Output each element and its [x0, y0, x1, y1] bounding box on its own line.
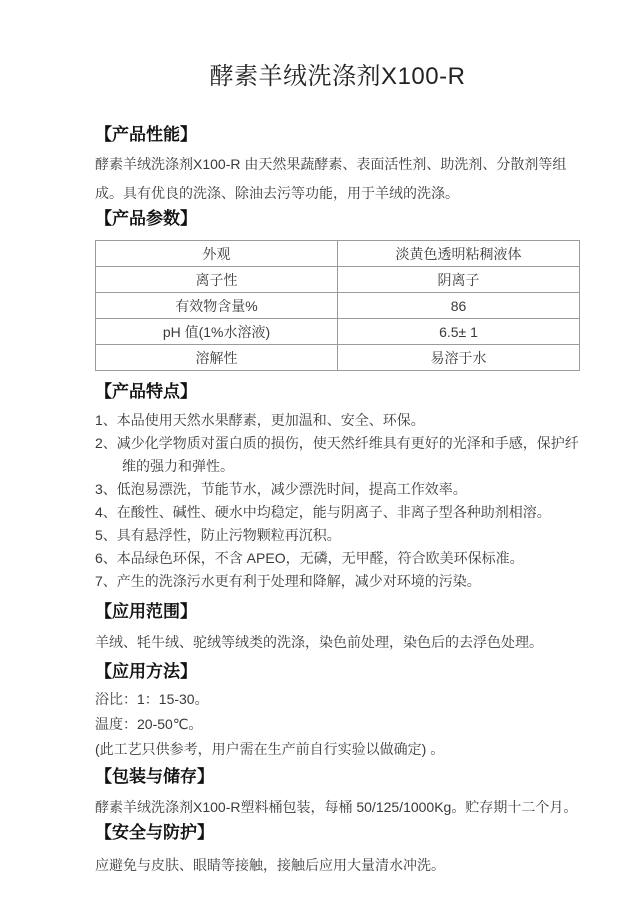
performance-body: 酵素羊绒洗涤剂X100-R 由天然果蔬酵素、表面活性剂、助洗剂、分散剂等组成。具…	[95, 150, 580, 208]
list-item: 2、减少化学物质对蛋白质的损伤，使天然纤维具有更好的光泽和手感，保护纤维的强力和…	[95, 432, 580, 478]
application-method-lines: 浴比：1：15-30。 温度：20-50℃。 (此工艺只供参考，用户需在生产前自…	[95, 687, 580, 762]
param-label-cell: 外观	[96, 241, 338, 267]
section-safety-protection: 【安全与防护】 应避免与皮肤、眼睛等接触，接触后应用大量清水冲洗。	[95, 822, 580, 878]
parameters-table: 外观 淡黄色透明粘稠液体 离子性 阴离子 有效物含量% 86 pH 值(1%水溶…	[95, 240, 580, 371]
application-range-body: 羊绒、牦牛绒、驼绒等绒类的洗涤，染色前处理，染色后的去浮色处理。	[95, 629, 580, 655]
section-features: 【产品特点】 1、本品使用天然水果酵素，更加温和、安全、环保。 2、减少化学物质…	[95, 381, 580, 593]
param-value-cell: 淡黄色透明粘稠液体	[338, 241, 580, 267]
section-application-method: 【应用方法】 浴比：1：15-30。 温度：20-50℃。 (此工艺只供参考，用…	[95, 661, 580, 762]
document-content: 酵素羊绒洗涤剂X100-R 【产品性能】 酵素羊绒洗涤剂X100-R 由天然果蔬…	[0, 0, 640, 878]
section-application-range: 【应用范围】 羊绒、牦牛绒、驼绒等绒类的洗涤，染色前处理，染色后的去浮色处理。	[95, 601, 580, 655]
safety-body: 应避免与皮肤、眼睛等接触，接触后应用大量清水冲洗。	[95, 852, 580, 878]
application-method-heading: 【应用方法】	[95, 661, 580, 683]
section-parameters: 【产品参数】 外观 淡黄色透明粘稠液体 离子性 阴离子 有效物含量% 86	[95, 208, 580, 371]
section-performance: 【产品性能】 酵素羊绒洗涤剂X100-R 由天然果蔬酵素、表面活性剂、助洗剂、分…	[95, 124, 580, 208]
param-value-cell: 6.5± 1	[338, 319, 580, 345]
list-item: 5、具有悬浮性，防止污物颗粒再沉积。	[95, 524, 580, 547]
list-item: 4、在酸性、碱性、硬水中均稳定，能与阴离子、非离子型各种助剂相溶。	[95, 501, 580, 524]
param-value-cell: 86	[338, 293, 580, 319]
method-line-note: (此工艺只供参考，用户需在生产前自行实验以做确定) 。	[95, 737, 580, 762]
packaging-body: 酵素羊绒洗涤剂X100-R塑料桶包装，每桶 50/125/1000Kg。贮存期十…	[95, 794, 580, 820]
list-item: 7、产生的洗涤污水更有利于处理和降解，减少对环境的污染。	[95, 570, 580, 593]
features-heading: 【产品特点】	[95, 381, 580, 403]
param-value-cell: 阴离子	[338, 267, 580, 293]
document-page: 酵素羊绒洗涤剂X100-R 【产品性能】 酵素羊绒洗涤剂X100-R 由天然果蔬…	[0, 0, 640, 905]
param-value-cell: 易溶于水	[338, 345, 580, 371]
table-row: pH 值(1%水溶液) 6.5± 1	[96, 319, 580, 345]
list-item: 1、本品使用天然水果酵素，更加温和、安全、环保。	[95, 409, 580, 432]
table-row: 离子性 阴离子	[96, 267, 580, 293]
page-title: 酵素羊绒洗涤剂X100-R	[95, 60, 580, 94]
safety-heading: 【安全与防护】	[95, 822, 580, 844]
performance-heading: 【产品性能】	[95, 124, 580, 146]
table-row: 溶解性 易溶于水	[96, 345, 580, 371]
param-label-cell: 离子性	[96, 267, 338, 293]
section-packaging-storage: 【包装与储存】 酵素羊绒洗涤剂X100-R塑料桶包装，每桶 50/125/100…	[95, 766, 580, 820]
param-label-cell: 溶解性	[96, 345, 338, 371]
param-label-cell: pH 值(1%水溶液)	[96, 319, 338, 345]
param-label-cell: 有效物含量%	[96, 293, 338, 319]
packaging-heading: 【包装与储存】	[95, 766, 580, 788]
method-line-temperature: 温度：20-50℃。	[95, 712, 580, 737]
table-row: 有效物含量% 86	[96, 293, 580, 319]
parameters-heading: 【产品参数】	[95, 208, 580, 230]
list-item: 3、低泡易漂洗，节能节水，减少漂洗时间，提高工作效率。	[95, 478, 580, 501]
method-line-bath-ratio: 浴比：1：15-30。	[95, 687, 580, 712]
list-item: 6、本品绿色环保，不含 APEO，无磷，无甲醛，符合欧美环保标准。	[95, 547, 580, 570]
features-list: 1、本品使用天然水果酵素，更加温和、安全、环保。 2、减少化学物质对蛋白质的损伤…	[95, 409, 580, 593]
table-row: 外观 淡黄色透明粘稠液体	[96, 241, 580, 267]
application-range-heading: 【应用范围】	[95, 601, 580, 623]
